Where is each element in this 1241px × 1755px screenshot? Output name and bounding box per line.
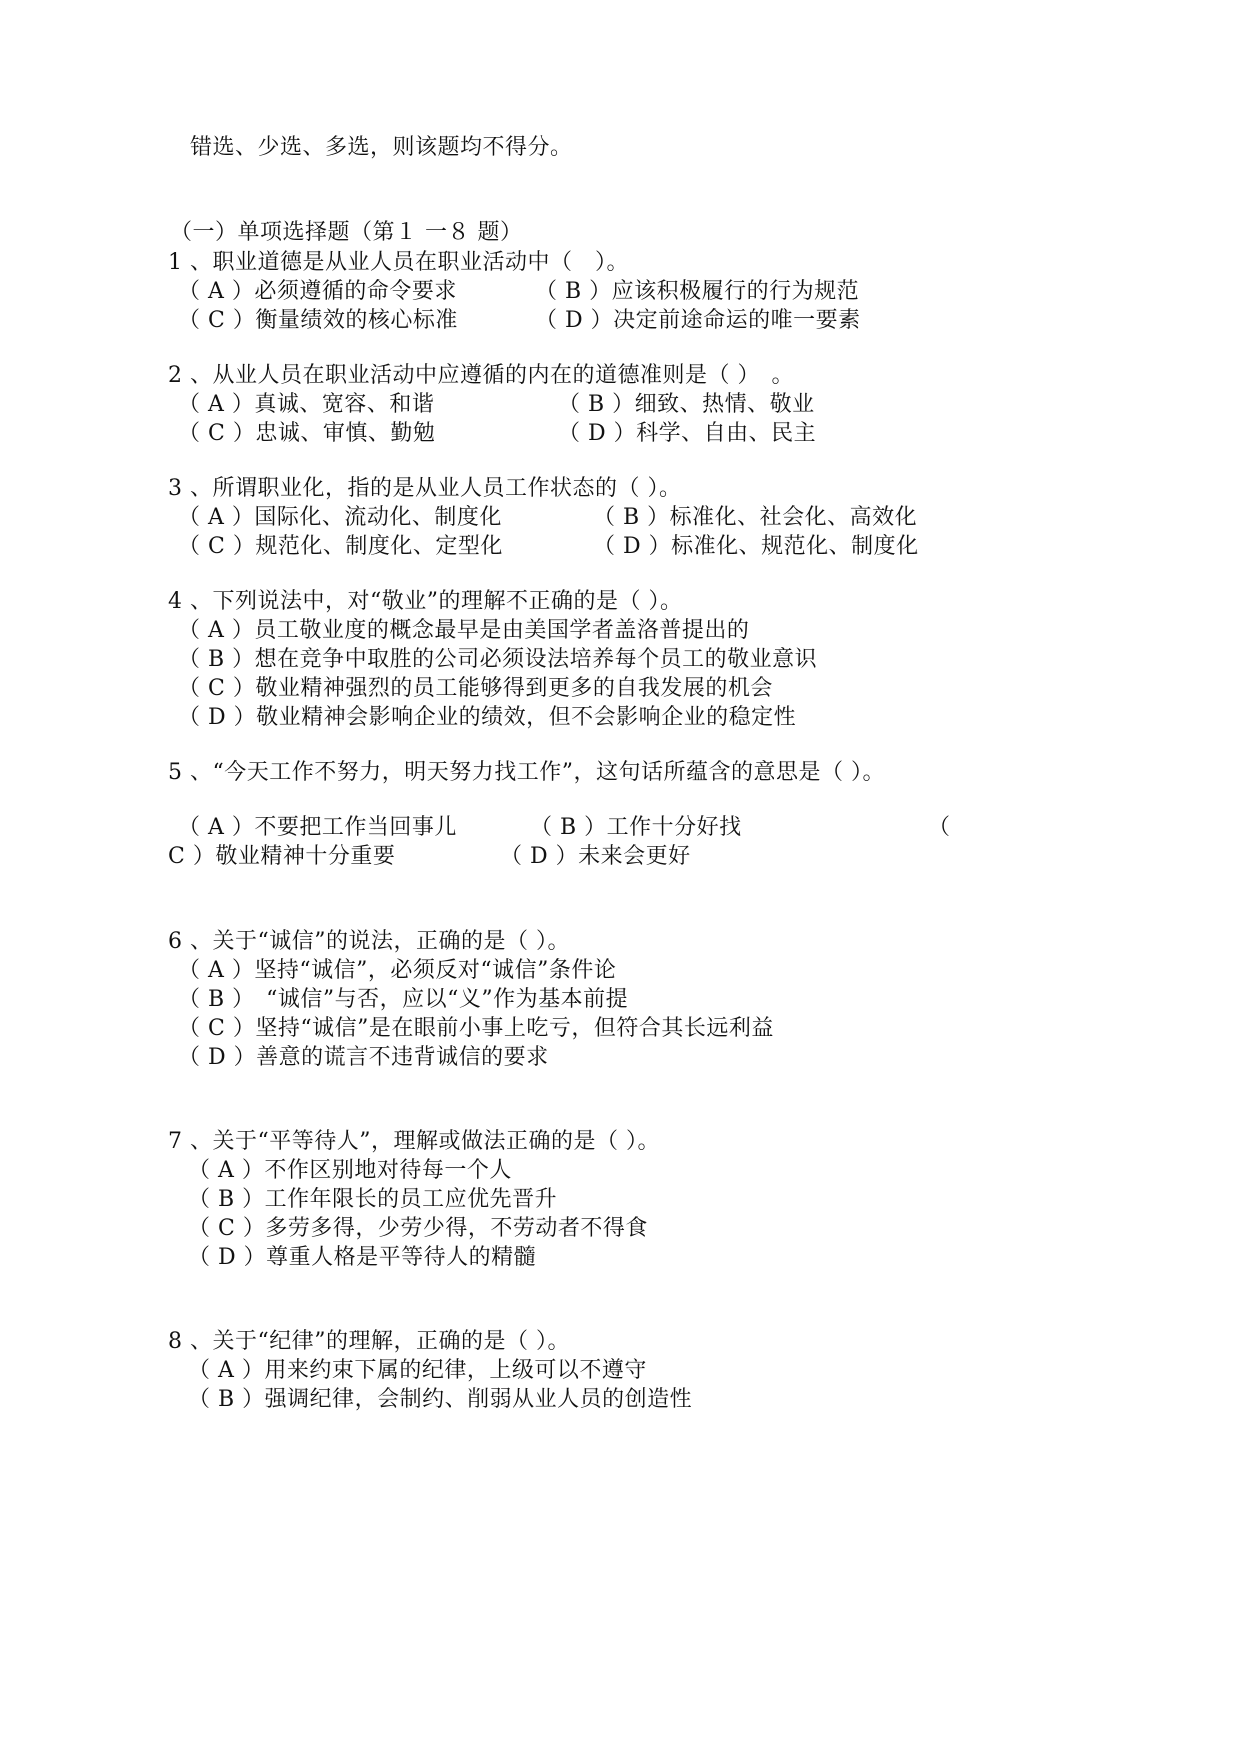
option-a[interactable]: （ A ）不要把工作当回事儿 bbox=[178, 813, 457, 843]
option-b[interactable]: （ B ）强调纪律，会制约、削弱从业人员的创造性 bbox=[188, 1385, 692, 1415]
question-stem: 3 、所谓职业化，指的是从业人员工作状态的（ ）。 bbox=[168, 474, 682, 504]
option-d[interactable]: （ D ）未来会更好 bbox=[500, 842, 691, 872]
option-b[interactable]: （ B ）工作十分好找 bbox=[530, 813, 742, 843]
option-b[interactable]: （ B ）工作年限长的员工应优先晋升 bbox=[188, 1185, 557, 1215]
option-c[interactable]: （ C ）多劳多得，少劳少得，不劳动者不得食 bbox=[188, 1214, 648, 1244]
question-stem: 6 、关于“诚信”的说法，正确的是（ ）。 bbox=[168, 927, 570, 957]
question-stem: 7 、关于“平等待人”，理解或做法正确的是（ ）。 bbox=[168, 1127, 660, 1157]
option-c[interactable]: （ C ）衡量绩效的核心标准 bbox=[178, 306, 458, 336]
section-title: （一）单项选择题（第１ 一８ 题） bbox=[170, 218, 523, 248]
question-stem: 2 、从业人员在职业活动中应遵循的内在的道德准则是（ ） 。 bbox=[168, 361, 794, 391]
option-c[interactable]: （ C ）坚持“诚信”是在眼前小事上吃亏，但符合其长远利益 bbox=[178, 1014, 774, 1044]
option-d[interactable]: （ D ）标准化、规范化、制度化 bbox=[593, 532, 919, 562]
option-a[interactable]: （ A ）必须遵循的命令要求 bbox=[178, 277, 457, 307]
option-c[interactable]: C ）敬业精神十分重要 bbox=[168, 842, 395, 872]
option-a[interactable]: （ A ）坚持“诚信”，必须反对“诚信”条件论 bbox=[178, 956, 616, 986]
question-stem: 4 、下列说法中，对“敬业”的理解不正确的是（ ）。 bbox=[168, 587, 682, 617]
option-b[interactable]: （ B ） “诚信”与否，应以“义”作为基本前提 bbox=[178, 985, 628, 1015]
option-d[interactable]: （ D ）决定前途命运的唯一要素 bbox=[535, 306, 861, 336]
option-c[interactable]: （ C ）规范化、制度化、定型化 bbox=[178, 532, 503, 562]
option-a[interactable]: （ A ）不作区别地对待每一个人 bbox=[188, 1156, 512, 1186]
option-a[interactable]: （ A ）用来约束下属的纪律，上级可以不遵守 bbox=[188, 1356, 647, 1386]
option-b[interactable]: （ B ）想在竞争中取胜的公司必须设法培养每个员工的敬业意识 bbox=[178, 645, 817, 675]
question-stem: 1 、职业道德是从业人员在职业活动中（ ）。 bbox=[168, 248, 629, 278]
option-b[interactable]: （ B ）应该积极履行的行为规范 bbox=[535, 277, 859, 307]
option-a[interactable]: （ A ）国际化、流动化、制度化 bbox=[178, 503, 502, 533]
question-stem: 5 、“今天工作不努力，明天努力找工作”，这句话所蕴含的意思是（ ）。 bbox=[168, 758, 885, 788]
option-d[interactable]: （ D ）敬业精神会影响企业的绩效，但不会影响企业的稳定性 bbox=[178, 703, 796, 733]
option-c-wrap-start: （ bbox=[928, 813, 951, 843]
option-c[interactable]: （ C ）忠诚、审慎、勤勉 bbox=[178, 419, 435, 449]
option-d[interactable]: （ D ）科学、自由、民主 bbox=[558, 419, 816, 449]
option-b[interactable]: （ B ）细致、热情、敬业 bbox=[558, 390, 815, 420]
option-c[interactable]: （ C ）敬业精神强烈的员工能够得到更多的自我发展的机会 bbox=[178, 674, 773, 704]
option-d[interactable]: （ D ）善意的谎言不违背诚信的要求 bbox=[178, 1043, 549, 1073]
option-a[interactable]: （ A ）真诚、宽容、和谐 bbox=[178, 390, 434, 420]
option-b[interactable]: （ B ）标准化、社会化、高效化 bbox=[593, 503, 917, 533]
option-a[interactable]: （ A ）员工敬业度的概念最早是由美国学者盖洛普提出的 bbox=[178, 616, 749, 646]
question-stem: 8 、关于“纪律”的理解，正确的是（ ）。 bbox=[168, 1327, 570, 1357]
option-d[interactable]: （ D ）尊重人格是平等待人的精髓 bbox=[188, 1243, 536, 1273]
intro-note: 错选、少选、多选，则该题均不得分。 bbox=[190, 133, 573, 163]
